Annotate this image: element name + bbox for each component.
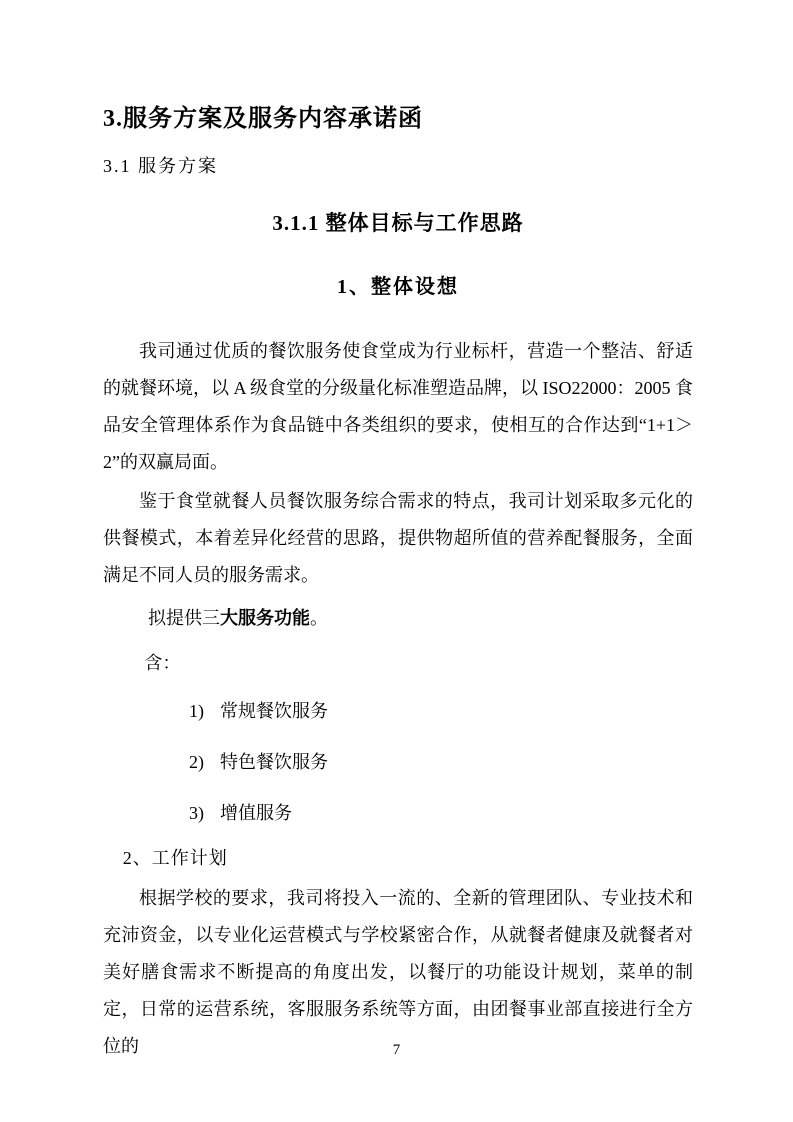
document-page: 3.服务方案及服务内容承诺函 3.1 服务方案 3.1.1 整体目标与工作思路 … <box>0 0 793 1122</box>
list-item: 2)特色餐饮服务 <box>103 744 693 781</box>
service-functions-bold: 大服务功能 <box>220 608 310 628</box>
service-function-list: 1)常规餐饮服务 2)特色餐饮服务 3)增值服务 <box>103 693 693 832</box>
list-item-marker: 3) <box>189 803 204 823</box>
service-functions-period: 。 <box>310 608 328 628</box>
section-heading: 3.1.1 整体目标与工作思路 <box>103 209 693 237</box>
section-subtitle: 3.1 服务方案 <box>103 153 693 179</box>
paragraph-work-plan: 根据学校的要求，我司将投入一流的、全新的管理团队、专业技术和充沛资金，以专业化运… <box>103 880 693 1065</box>
contains-label: 含： <box>103 645 693 682</box>
list-item: 1)常规餐饮服务 <box>103 693 693 730</box>
paragraph-service-functions: 拟提供三大服务功能。 <box>103 600 693 637</box>
page-number: 7 <box>0 1042 793 1059</box>
list-item-label: 常规餐饮服务 <box>220 701 328 721</box>
list-item-marker: 1) <box>189 701 204 721</box>
list-item-label: 增值服务 <box>220 803 292 823</box>
page-content: 3.服务方案及服务内容承诺函 3.1 服务方案 3.1.1 整体目标与工作思路 … <box>0 104 793 1065</box>
list-item: 3)增值服务 <box>103 795 693 832</box>
list-item-marker: 2) <box>189 752 204 772</box>
work-plan-heading: 2、工作计划 <box>103 840 693 877</box>
chapter-title: 3.服务方案及服务内容承诺函 <box>103 104 693 134</box>
paragraph-overall-vision: 我司通过优质的餐饮服务使食堂成为行业标杆，营造一个整洁、舒适的就餐环境，以 A … <box>103 333 693 481</box>
service-functions-prefix: 拟提供三 <box>148 608 220 628</box>
list-item-label: 特色餐饮服务 <box>220 752 328 772</box>
subsection-heading: 1、整体设想 <box>103 274 693 300</box>
paragraph-dining-modes: 鉴于食堂就餐人员餐饮服务综合需求的特点，我司计划采取多元化的供餐模式，本着差异化… <box>103 483 693 594</box>
